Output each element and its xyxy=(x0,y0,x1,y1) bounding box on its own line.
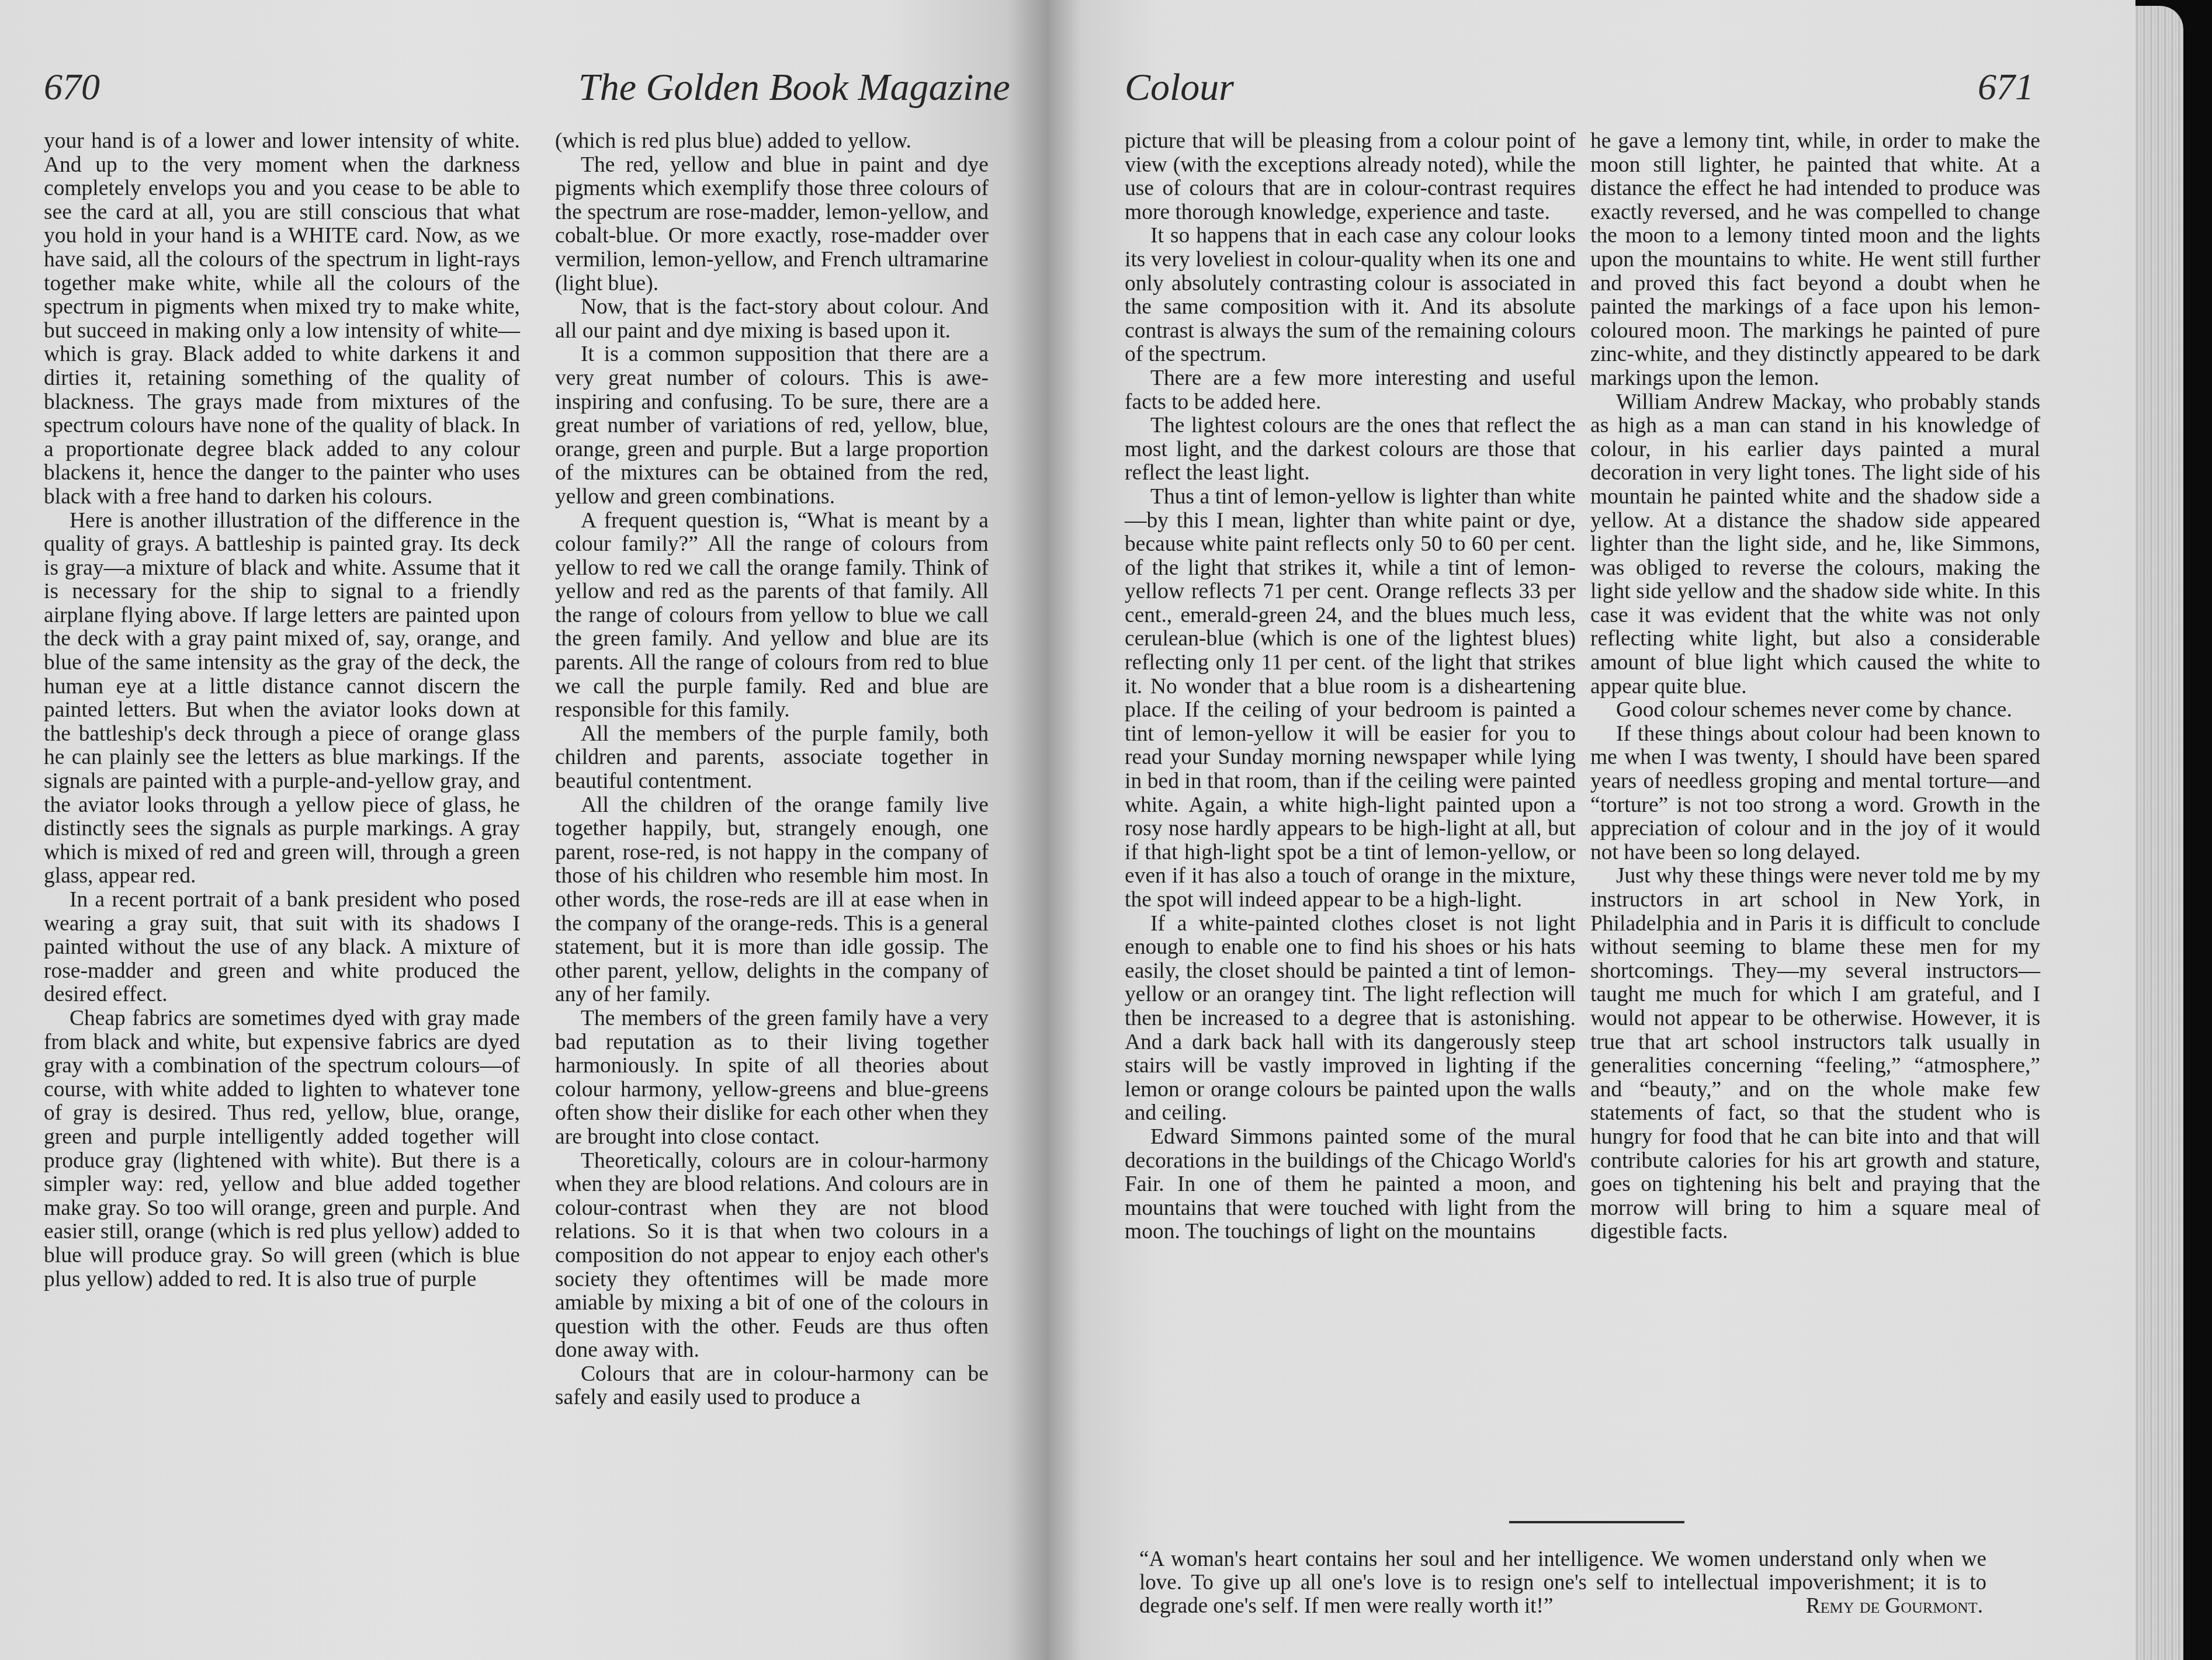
paragraph: All the children of the orange family li… xyxy=(555,794,989,1007)
paragraph: William Andrew Mackay, who probably stan… xyxy=(1590,391,2040,699)
paragraph: Here is another illustration of the diff… xyxy=(44,509,520,889)
page-number-right: 671 xyxy=(1978,65,2034,109)
paragraph: The red, yellow and blue in paint and dy… xyxy=(555,154,989,296)
epigraph-quote: “A woman's heart contains her soul and h… xyxy=(1139,1548,1986,1618)
paragraph: If a white-painted clothes closet is not… xyxy=(1125,912,1576,1126)
paragraph: Just why these things were never told me… xyxy=(1590,864,2040,1244)
paragraph: If these things about colour had been kn… xyxy=(1590,723,2040,865)
paragraph: Edward Simmons painted some of the mural… xyxy=(1125,1126,1576,1244)
paragraph: All the members of the purple family, bo… xyxy=(555,723,989,794)
paragraph: Colours that are in colour-harmony can b… xyxy=(555,1363,989,1410)
paragraph: A frequent question is, “What is meant b… xyxy=(555,509,989,723)
right-page-column-1: picture that will be pleasing from a col… xyxy=(1125,130,1576,1244)
section-divider-rule xyxy=(1509,1521,1684,1523)
paragraph: your hand is of a lower and lower intens… xyxy=(44,130,520,509)
paragraph: picture that will be pleasing from a col… xyxy=(1125,130,1576,224)
left-page-column-2: (which is red plus blue) added to yellow… xyxy=(555,130,989,1410)
paragraph: There are a few more interesting and use… xyxy=(1125,367,1576,414)
paragraph: he gave a lemony tint, while, in order t… xyxy=(1590,130,2040,391)
paragraph: Good colour schemes never come by chance… xyxy=(1590,699,2040,723)
paragraph: Thus a tint of lemon-yellow is lighter t… xyxy=(1125,485,1576,912)
paragraph: It is a common supposition that there ar… xyxy=(555,343,989,509)
left-page: 670 The Golden Book Magazine your hand i… xyxy=(0,0,1049,1660)
paragraph: (which is red plus blue) added to yellow… xyxy=(555,130,989,154)
paragraph: It so happens that in each case any colo… xyxy=(1125,224,1576,367)
running-head-magazine-title: The Golden Book Magazine xyxy=(578,65,1010,110)
left-page-column-1: your hand is of a lower and lower intens… xyxy=(44,130,520,1291)
page-number-left: 670 xyxy=(44,65,100,109)
right-page: Colour 671 picture that will be pleasing… xyxy=(1049,0,2135,1660)
paragraph: Now, that is the fact-story about colour… xyxy=(555,296,989,343)
paragraph: Cheap fabrics are sometimes dyed with gr… xyxy=(44,1007,520,1291)
paragraph: The lightest colours are the ones that r… xyxy=(1125,414,1576,485)
paragraph: In a recent portrait of a bank president… xyxy=(44,888,520,1007)
paragraph: The members of the green family have a v… xyxy=(555,1007,989,1150)
page-stack-fore-edge xyxy=(2135,6,2183,1660)
paragraph: Theoretically, colours are in colour-har… xyxy=(555,1150,989,1363)
epigraph-attribution: Remy de Gourmont. xyxy=(1806,1595,1983,1618)
right-page-column-2: he gave a lemony tint, while, in order t… xyxy=(1590,130,2040,1244)
running-head-article-title: Colour xyxy=(1125,65,1234,110)
